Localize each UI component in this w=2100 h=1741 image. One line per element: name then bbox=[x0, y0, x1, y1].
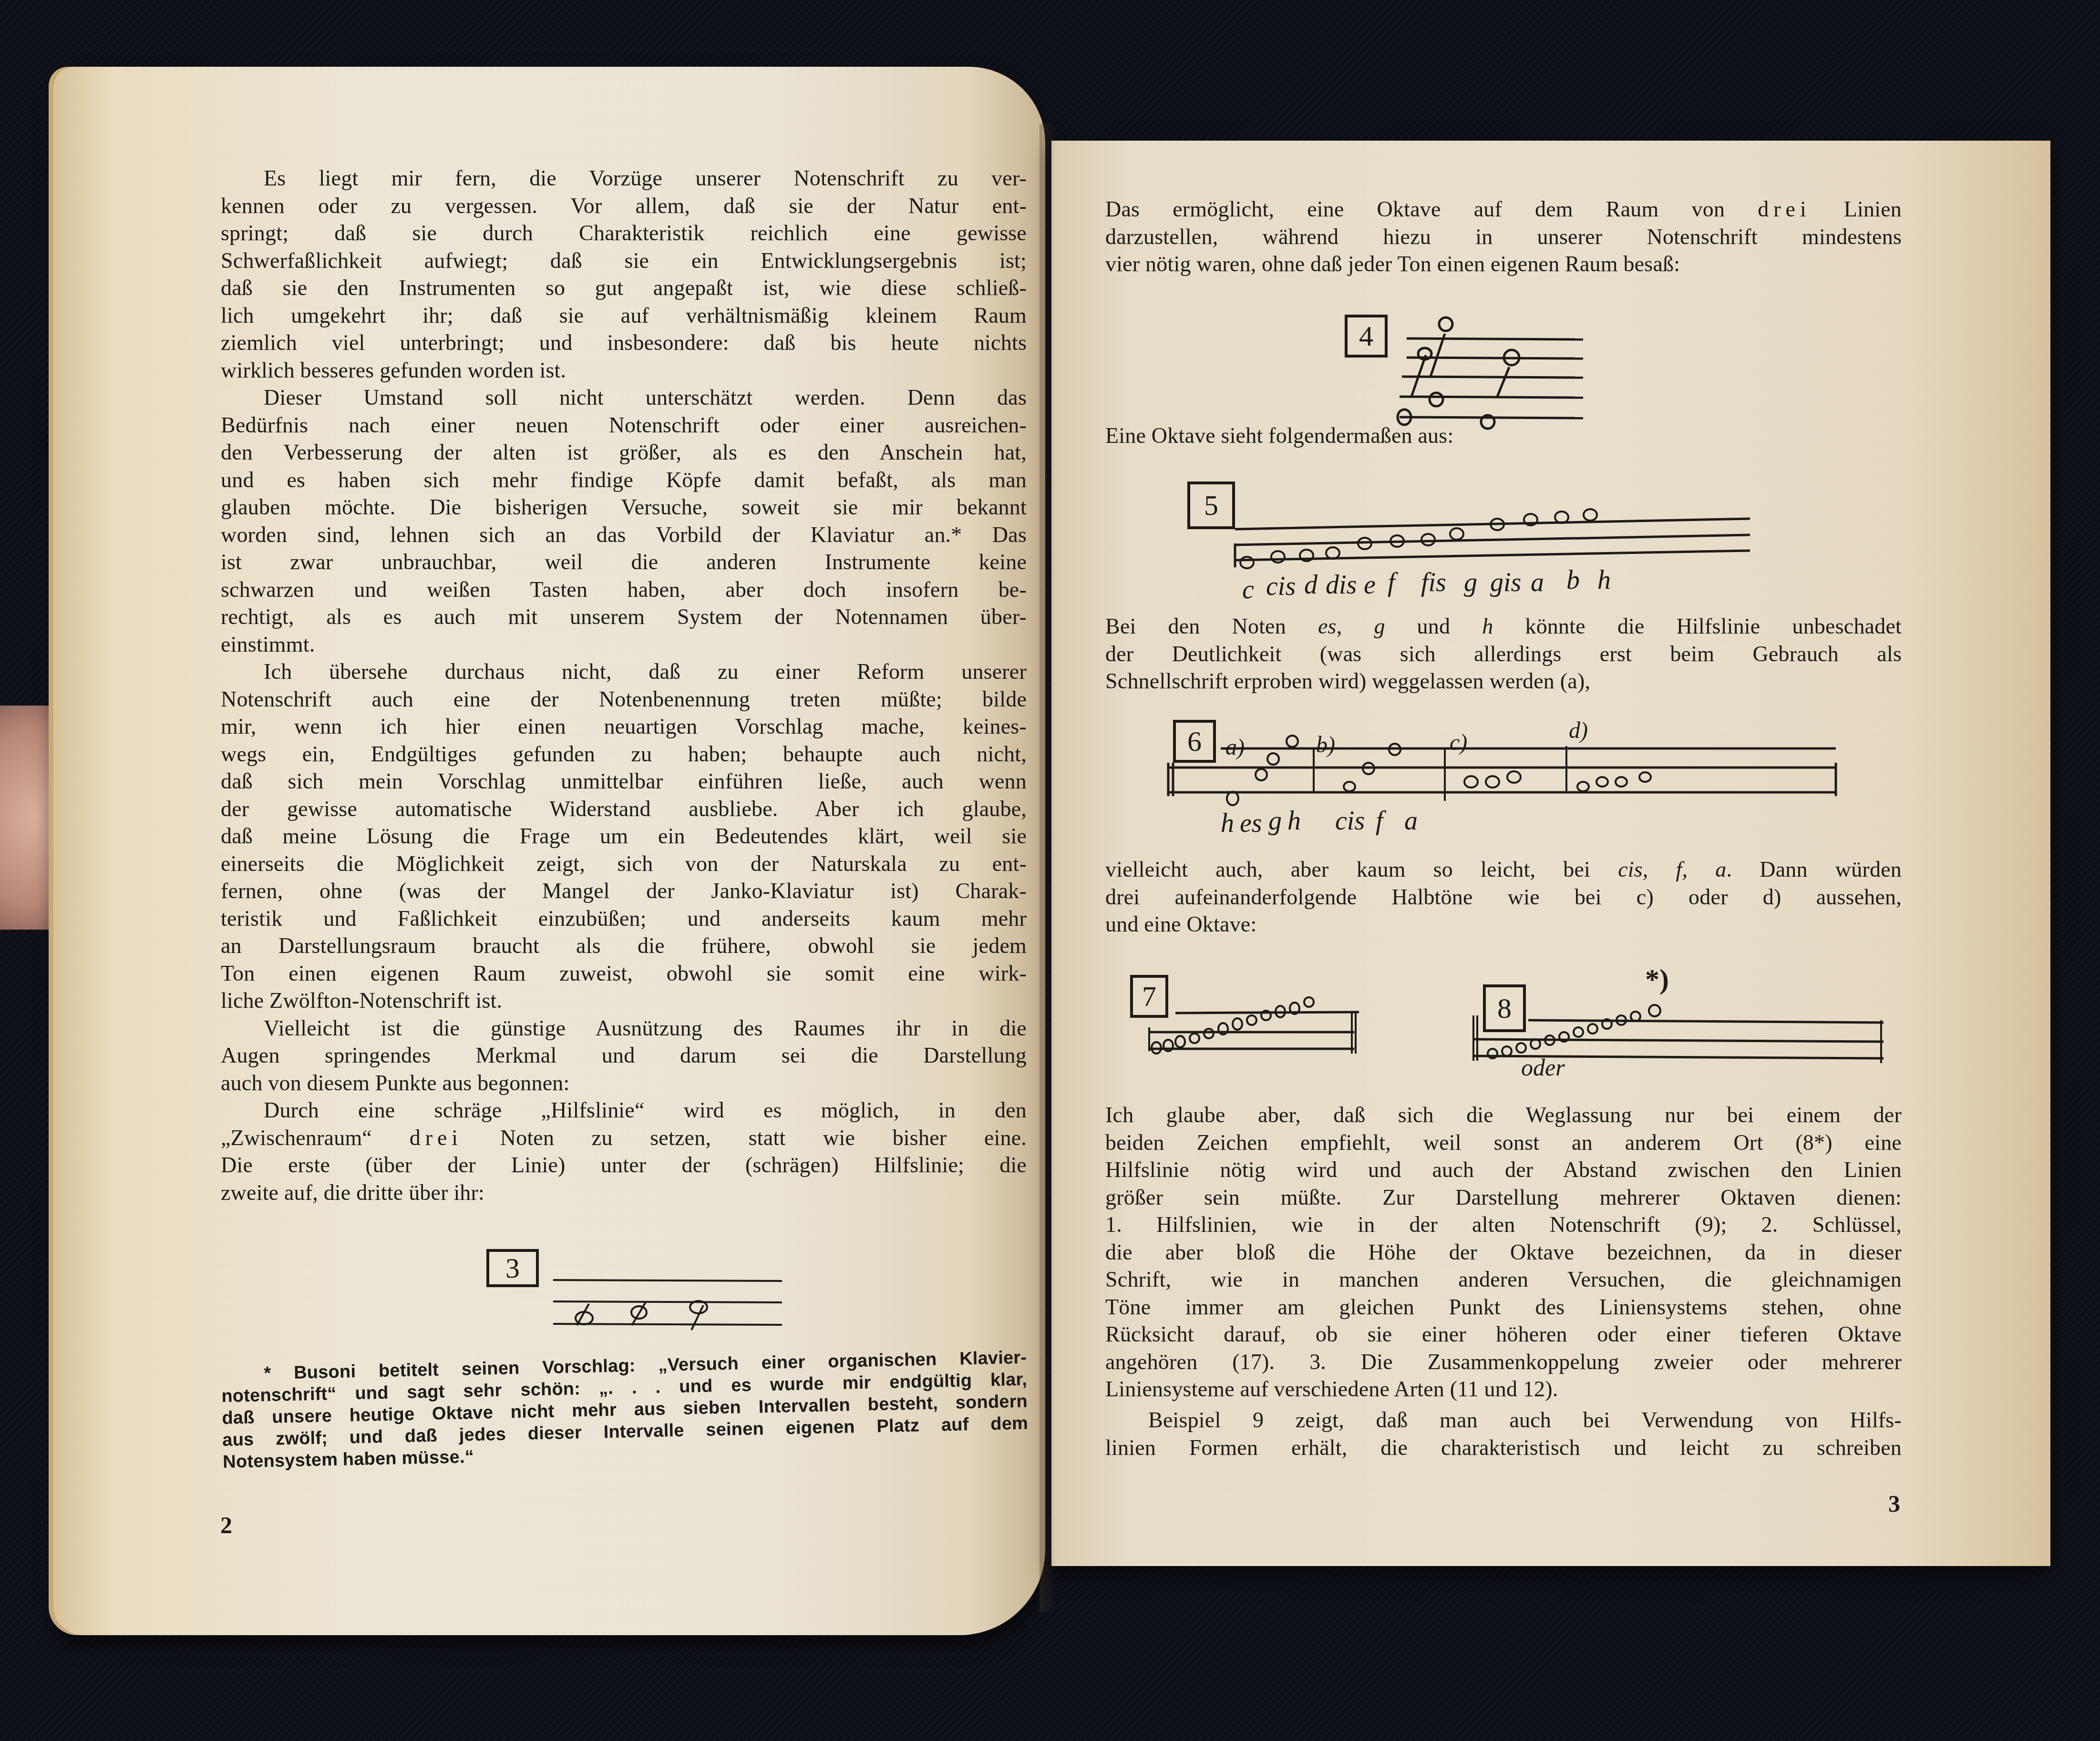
figure-6: 6 a) b) c) d) h es g h bbox=[1154, 715, 1845, 839]
text-line: Beispiel 9 zeigt, daß man auch bei Verwe… bbox=[1105, 1406, 1902, 1434]
text-line: Schnellschrift erproben wird) weggelasse… bbox=[1105, 667, 1902, 695]
text-line: der gewisse automatische Widerstand ausb… bbox=[221, 795, 1027, 823]
text-line: Durch eine schräge „Hilfslinie“ wird es … bbox=[221, 1096, 1027, 1124]
page-number-left: 2 bbox=[220, 1511, 232, 1539]
text-line: vier nötig waren, ohne daß jeder Ton ein… bbox=[1105, 250, 1902, 278]
section-label-c: c) bbox=[1450, 729, 1467, 756]
text-line: schwarzen und weißen Tasten haben, aber … bbox=[221, 576, 1027, 604]
note-name-g: g bbox=[1268, 806, 1282, 836]
text-line: 1. Hilfslinien, wie in der alten Notensc… bbox=[1105, 1211, 1902, 1239]
text-line: Ich übersehe durchaus nicht, daß zu eine… bbox=[221, 658, 1027, 686]
text-line: angehören (17). 3. Die Zusammenkoppelung… bbox=[1105, 1348, 1902, 1376]
text-line: Hilfslinie nötig wird und auch der Absta… bbox=[1105, 1156, 1902, 1184]
text-line: und es haben sich mehr findige Köpfe dam… bbox=[221, 466, 1027, 494]
text-line: ziemlich viel unterbringt; und insbesond… bbox=[221, 329, 1027, 357]
text-line: Schrift, wie in manchen anderen Versuche… bbox=[1105, 1266, 1902, 1293]
note-name-gis: gis bbox=[1490, 567, 1521, 598]
text-line: Das ermöglicht, eine Oktave auf dem Raum… bbox=[1105, 195, 1902, 223]
right-page-block-2: Eine Oktave sieht folgendermaßen aus: bbox=[1105, 422, 1902, 450]
text-line: einerseits die Möglichkeit zeigt, sich v… bbox=[221, 850, 1027, 878]
text-line: daß sie den Instrumenten so gut angepaßt… bbox=[221, 274, 1027, 302]
text-line: Schwerfaßlichkeit aufwiegt; daß sie ein … bbox=[221, 247, 1027, 275]
text-line: Vielleicht ist die günstige Ausnützung d… bbox=[221, 1014, 1027, 1042]
text-line: springt; daß sie durch Charakteristik re… bbox=[221, 219, 1027, 247]
section-label-a: a) bbox=[1225, 734, 1245, 760]
text-line: einstimmt. bbox=[221, 631, 1027, 658]
text-line: Eine Oktave sieht folgendermaßen aus: bbox=[1105, 422, 1902, 450]
note-name-f: f bbox=[1388, 567, 1395, 598]
note-name-g: g bbox=[1464, 567, 1477, 598]
note-name-h: h bbox=[1597, 565, 1611, 595]
text-line: wirklich besseres gefunden worden ist. bbox=[221, 357, 1027, 384]
figure-4: 4 bbox=[1345, 305, 1612, 420]
text-line: rechtigt, als es auch mit unserem System… bbox=[221, 603, 1027, 631]
text-line: Liniensysteme auf verschiedene Arten (11… bbox=[1105, 1375, 1902, 1403]
note-name-a: a bbox=[1404, 806, 1418, 836]
text-line: Augen springendes Merkmal und darum sei … bbox=[221, 1042, 1027, 1069]
staff-lines bbox=[1130, 968, 1369, 1073]
figure-5: 5 c cis d dis e f fis g gis a b h bbox=[1187, 481, 1807, 605]
right-page-block-5: Ich glaube aber, daß sich die Weglassung… bbox=[1105, 1101, 1902, 1403]
text-line: Notenschrift auch eine der Notenbenennun… bbox=[221, 686, 1027, 713]
text-line: Ich glaube aber, daß sich die Weglassung… bbox=[1105, 1101, 1902, 1129]
section-label-b: b) bbox=[1316, 732, 1335, 758]
text-line: beiden Zeichen empfiehlt, weil sonst an … bbox=[1105, 1129, 1902, 1157]
note-name-a: a bbox=[1531, 567, 1544, 598]
text-line: Die erste (über der Linie) unter der (sc… bbox=[221, 1151, 1027, 1179]
page-number-right: 3 bbox=[1888, 1490, 1900, 1517]
text-line: lich umgekehrt ihr; daß sie auf verhältn… bbox=[221, 302, 1027, 329]
note-name-dis: dis bbox=[1326, 570, 1357, 600]
text-line: der Deutlichkeit (was sich allerdings er… bbox=[1105, 640, 1902, 668]
note-name-d: d bbox=[1304, 570, 1318, 600]
right-page-block-6: Beispiel 9 zeigt, daß man auch bei Verwe… bbox=[1105, 1406, 1902, 1461]
text-line: größer sein müßte. Zur Darstellung mehre… bbox=[1105, 1184, 1902, 1211]
footnote-mark: *) bbox=[1645, 963, 1669, 996]
note-name-c: c bbox=[1242, 574, 1254, 605]
text-line: kennen oder zu vergessen. Vor allem, daß… bbox=[221, 192, 1027, 220]
figure-8: 8 *) oder bbox=[1464, 963, 1893, 1087]
text-line: liche Zwölfton-Notenschrift ist. bbox=[221, 987, 1027, 1014]
figure-caption-oder: oder bbox=[1521, 1054, 1565, 1081]
right-page-block-4: vielleicht auch, aber kaum so leicht, be… bbox=[1105, 856, 1902, 938]
text-line: worden sind, lehnen sich an das Vorbild … bbox=[221, 521, 1027, 549]
section-label-d: d) bbox=[1569, 717, 1588, 744]
text-line: teristik und Faßlichkeit einzubüßen; und… bbox=[221, 905, 1027, 932]
note-name-h-2: h bbox=[1287, 806, 1301, 836]
text-line: wegs ein, Endgültiges gefunden zu haben;… bbox=[221, 740, 1027, 768]
text-line: „Zwischenraum“ drei Noten zu setzen, sta… bbox=[221, 1124, 1027, 1152]
staff-lines bbox=[486, 1249, 792, 1354]
note-name-cis: cis bbox=[1335, 806, 1365, 836]
right-page-block-1: Das ermöglicht, eine Oktave auf dem Raum… bbox=[1105, 195, 1902, 278]
text-line: zweite auf, die dritte über ihr: bbox=[221, 1179, 1027, 1207]
text-line: drei aufeinanderfolgende Halbtöne wie be… bbox=[1105, 883, 1902, 911]
text-line: auch von diesem Punkte aus begonnen: bbox=[221, 1069, 1027, 1097]
text-line: Rücksicht darauf, ob sie einer höheren o… bbox=[1105, 1321, 1902, 1348]
text-line: Bedürfnis nach einer neuen Notenschrift … bbox=[221, 411, 1027, 439]
text-line: Es liegt mir fern, die Vorzüge unserer N… bbox=[221, 164, 1027, 192]
text-line: Dieser Umstand soll nicht unterschätzt w… bbox=[221, 384, 1027, 411]
text-line: daß sich mein Vorschlag unmittelbar einf… bbox=[221, 768, 1027, 795]
note-name-e: e bbox=[1364, 570, 1376, 600]
book-gutter bbox=[1040, 124, 1063, 1611]
text-line: glauben möchte. Die bisherigen Versuche,… bbox=[221, 493, 1027, 521]
figure-3: 3 bbox=[486, 1249, 792, 1354]
note-name-es: es bbox=[1240, 808, 1262, 839]
text-line: darzustellen, während hiezu in unserer N… bbox=[1105, 223, 1902, 251]
text-line: ist zwar unbrauchbar, weil die anderen I… bbox=[221, 548, 1027, 576]
staff-lines bbox=[1345, 305, 1612, 420]
footnote: * Busoni betitelt seinen Vorschlag: „Ver… bbox=[221, 1347, 1029, 1473]
note-name-h: h bbox=[1221, 808, 1234, 839]
text-line: vielleicht auch, aber kaum so leicht, be… bbox=[1105, 856, 1902, 883]
text-line: und eine Oktave: bbox=[1105, 911, 1902, 938]
text-line: Ton einen eigenen Raum zuweist, obwohl s… bbox=[221, 960, 1027, 987]
note-name-fis: fis bbox=[1421, 567, 1446, 598]
note-name-cis: cis bbox=[1266, 571, 1296, 602]
text-line: die aber bloß die Höhe der Oktave bezeic… bbox=[1105, 1239, 1902, 1266]
figure-7: 7 bbox=[1130, 968, 1369, 1073]
left-page-body: Es liegt mir fern, die Vorzüge unserer N… bbox=[221, 164, 1027, 1206]
text-line: linien Formen erhält, die charakteristis… bbox=[1105, 1434, 1902, 1462]
text-line: Töne immer am gleichen Punkt des Liniens… bbox=[1105, 1293, 1902, 1321]
text-line: Bei den Noten es, g und h könnte die Hil… bbox=[1105, 613, 1902, 640]
text-line: daß meine Lösung die Frage um ein Bedeut… bbox=[221, 822, 1027, 850]
text-line: den Verbesserung der alten ist größer, a… bbox=[221, 439, 1027, 466]
text-line: mir, wenn ich hier einen neuartigen Vors… bbox=[221, 713, 1027, 740]
text-line: fernen, ohne (was der Mangel der Janko-K… bbox=[221, 877, 1027, 905]
text-line: an Darstellungsraum braucht als die früh… bbox=[221, 932, 1027, 960]
right-page-block-3: Bei den Noten es, g und h könnte die Hil… bbox=[1105, 613, 1902, 695]
note-name-b: b bbox=[1566, 565, 1580, 595]
note-name-f: f bbox=[1376, 806, 1383, 836]
